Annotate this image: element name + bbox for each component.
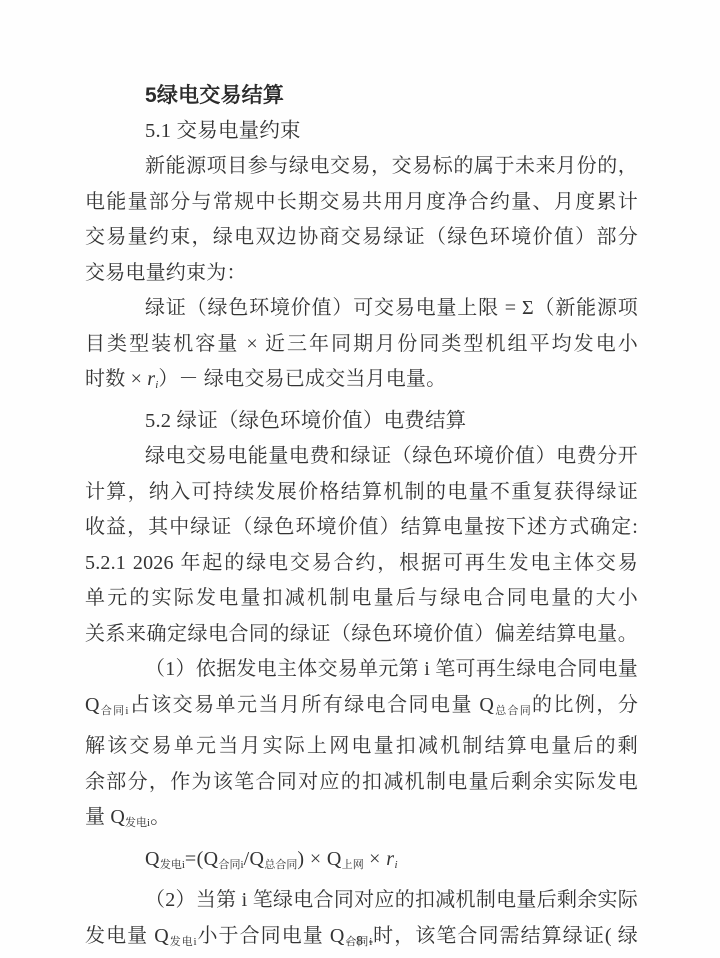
paragraph-line: （1）依据发电主体交易单元第 i 笔可再生绿电合同电量 — [85, 652, 638, 688]
formula-line: Q发电i=(Q合同i/Q总合同) × Q上网 × ri — [85, 842, 638, 884]
paragraph-line: 单元的实际发电量扣减机制电量后与绿电合同电量的大小 — [85, 581, 638, 617]
paragraph-line: 计算，纳入可持续发展价格结算机制的电量不重复获得绿证 — [85, 475, 638, 511]
paragraph-line: 关系来确定绿电合同的绿证（绿色环境价值）偏差结算电量。 — [85, 617, 638, 653]
document-body: 5绿电交易结算5.1 交易电量约束新能源项目参与绿电交易，交易标的属于未来月份的… — [85, 78, 638, 958]
paragraph-line: 交易电量约束为： — [85, 256, 638, 292]
paragraph-line: 时数 × ri）－ 绿电交易已成交当月电量。 — [85, 362, 638, 404]
paragraph-line: 5.2.1 2026 年起的绿电交易合约，根据可再生发电主体交易 — [85, 546, 638, 582]
paragraph-line: 绿证（绿色环境价值）可交易电量上限 = Σ（新能源项 — [85, 291, 638, 327]
paragraph-line: 量 Q发电i。 — [85, 800, 638, 842]
section-heading: 5绿电交易结算 — [85, 78, 638, 114]
document-page: 5绿电交易结算5.1 交易电量约束新能源项目参与绿电交易，交易标的属于未来月份的… — [0, 0, 720, 958]
paragraph-line: 目类型装机容量 × 近三年同期月份同类型机组平均发电小 — [85, 327, 638, 363]
paragraph-line: 交易量约束，绿电双边协商交易绿证（绿色环境价值）部分 — [85, 220, 638, 256]
paragraph-line: 解该交易单元当月实际上网电量扣减机制结算电量后的剩 — [85, 729, 638, 765]
paragraph-line: 电能量部分与常规中长期交易共用月度净合约量、月度累计 — [85, 185, 638, 221]
paragraph-line: （2）当第 i 笔绿电合同对应的扣减机制电量后剩余实际 — [85, 883, 638, 919]
paragraph-line: 余部分，作为该笔合同对应的扣减机制电量后剩余实际发电 — [85, 765, 638, 801]
paragraph-line: 绿电交易电能量电费和绿证（绿色环境价值）电费分开 — [85, 439, 638, 475]
subsection-heading: 5.2 绿证（绿色环境价值）电费结算 — [85, 404, 638, 440]
paragraph-line: 收益，其中绿证（绿色环境价值）结算电量按下述方式确定: — [85, 510, 638, 546]
page-number: - 8 - — [0, 934, 720, 950]
subsection-heading: 5.1 交易电量约束 — [85, 114, 638, 150]
paragraph-line: Q合同i占该交易单元当月所有绿电合同电量 Q总合同的比例，分 — [85, 688, 638, 730]
paragraph-line: 新能源项目参与绿电交易，交易标的属于未来月份的， — [85, 149, 638, 185]
